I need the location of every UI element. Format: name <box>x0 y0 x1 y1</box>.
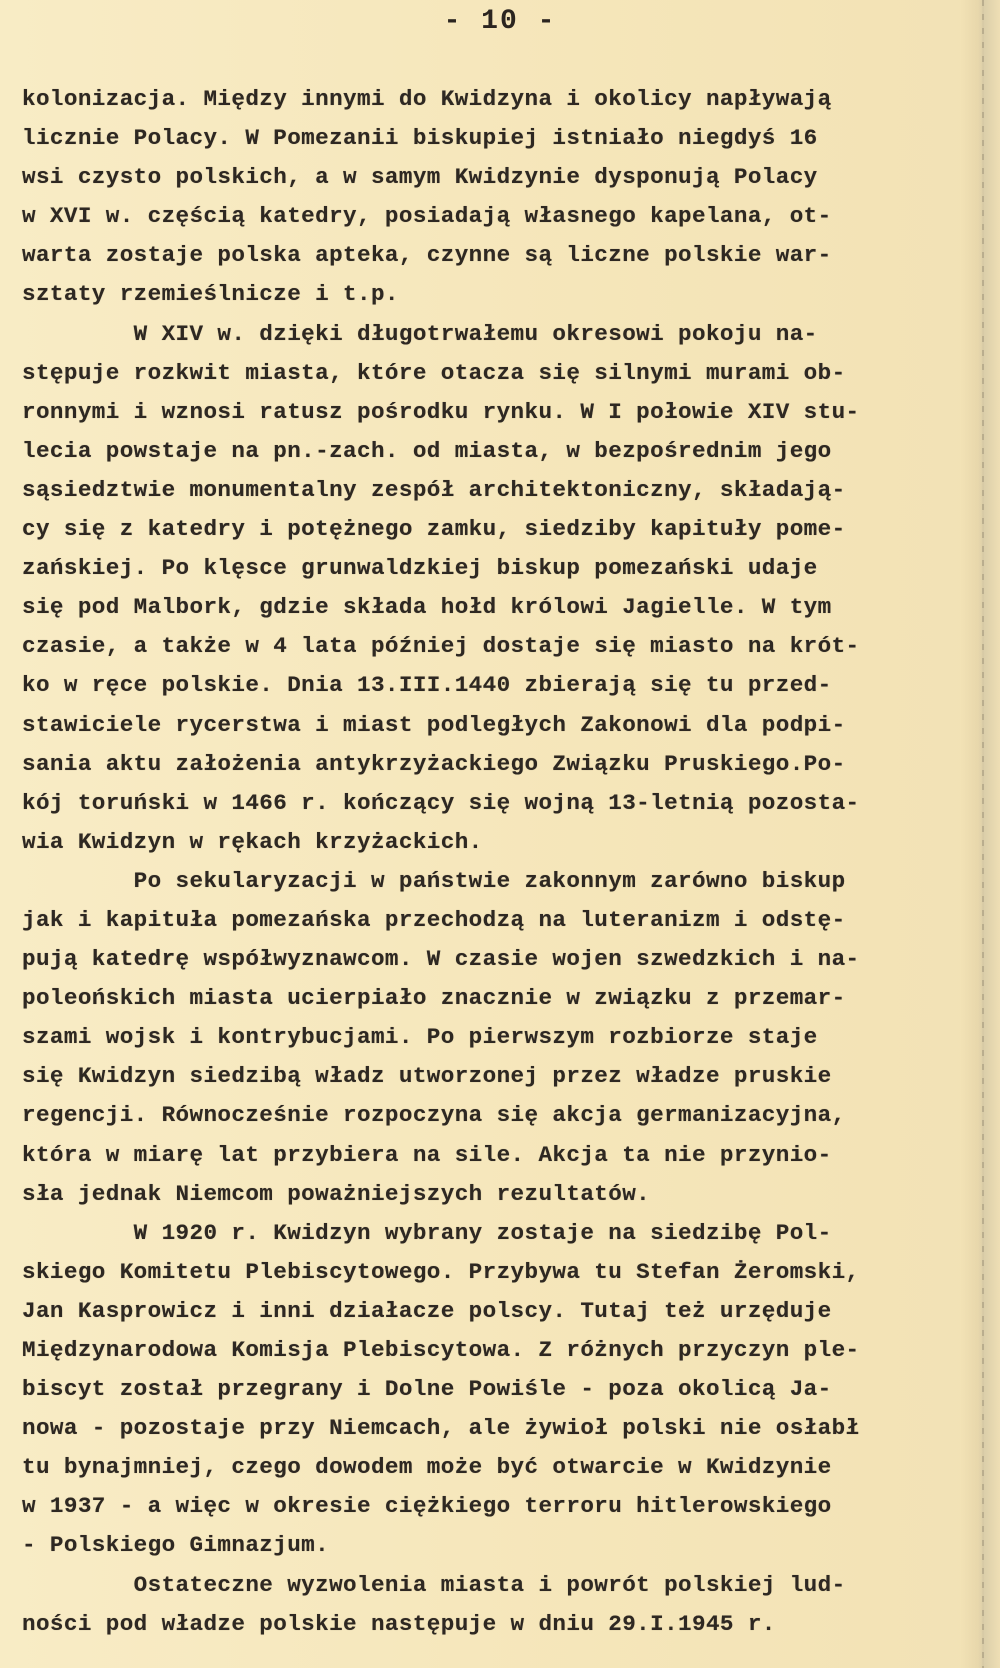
text-line: tu bynajmniej, czego dowodem może być ot… <box>22 1448 982 1487</box>
text-line: wia Kwidzyn w rękach krzyżackich. <box>22 823 982 862</box>
paragraph-start-line: W 1920 r. Kwidzyn wybrany zostaje na sie… <box>22 1214 982 1253</box>
text-line: wsi czysto polskich, a w samym Kwidzynie… <box>22 158 982 197</box>
text-line: w XVI w. częścią katedry, posiadają włas… <box>22 197 982 236</box>
text-line: która w miarę lat przybiera na sile. Akc… <box>22 1136 982 1175</box>
body-text: kolonizacja. Między innymi do Kwidzyna i… <box>22 80 982 1644</box>
text-line: czasie, a także w 4 lata później dostaje… <box>22 627 982 666</box>
text-line: warta zostaje polska apteka, czynne są l… <box>22 236 982 275</box>
text-line: stępuje rozkwit miasta, które otacza się… <box>22 354 982 393</box>
typewritten-page: - 10 - kolonizacja. Między innymi do Kwi… <box>0 0 1000 1668</box>
text-line: lecia powstaje na pn.-zach. od miasta, w… <box>22 432 982 471</box>
text-line: Międzynarodowa Komisja Plebiscytowa. Z r… <box>22 1331 982 1370</box>
text-line: poleońskich miasta ucierpiało znacznie w… <box>22 979 982 1018</box>
text-line: sła jednak Niemcom poważniejszych rezult… <box>22 1175 982 1214</box>
paragraph-start-line: Po sekularyzacji w państwie zakonnym zar… <box>22 862 982 901</box>
text-line: ronnymi i wznosi ratusz pośrodku rynku. … <box>22 393 982 432</box>
text-line: ności pod władze polskie następuje w dni… <box>22 1605 982 1644</box>
text-line: jak i kapituła pomezańska przechodzą na … <box>22 901 982 940</box>
text-line: kolonizacja. Między innymi do Kwidzyna i… <box>22 80 982 119</box>
text-line: sania aktu założenia antykrzyżackiego Zw… <box>22 745 982 784</box>
text-line: skiego Komitetu Plebiscytowego. Przybywa… <box>22 1253 982 1292</box>
text-line: się Kwidzyn siedzibą władz utworzonej pr… <box>22 1057 982 1096</box>
text-line: Jan Kasprowicz i inni działacze polscy. … <box>22 1292 982 1331</box>
text-line: licznie Polacy. W Pomezanii biskupiej is… <box>22 119 982 158</box>
text-line: cy się z katedry i potężnego zamku, sied… <box>22 510 982 549</box>
text-line: się pod Malbork, gdzie składa hołd królo… <box>22 588 982 627</box>
paragraph-start-line: W XIV w. dzięki długotrwałemu okresowi p… <box>22 315 982 354</box>
text-line: kój toruński w 1466 r. kończący się wojn… <box>22 784 982 823</box>
text-line: szami wojsk i kontrybucjami. Po pierwszy… <box>22 1018 982 1057</box>
text-line: sąsiedztwie monumentalny zespół architek… <box>22 471 982 510</box>
text-line: pują katedrę współwyznawcom. W czasie wo… <box>22 940 982 979</box>
text-line: sztaty rzemieślnicze i t.p. <box>22 275 982 314</box>
text-line: - Polskiego Gimnazjum. <box>22 1526 982 1565</box>
page-number: - 10 - <box>0 6 1000 37</box>
text-line: w 1937 - a więc w okresie ciężkiego terr… <box>22 1487 982 1526</box>
binding-edge-mark <box>982 0 984 1668</box>
text-line: stawiciele rycerstwa i miast podległych … <box>22 706 982 745</box>
text-line: zańskiej. Po klęsce grunwaldzkiej biskup… <box>22 549 982 588</box>
paragraph-start-line: Ostateczne wyzwolenia miasta i powrót po… <box>22 1566 982 1605</box>
text-line: biscyt został przegrany i Dolne Powiśle … <box>22 1370 982 1409</box>
text-line: regencji. Równocześnie rozpoczyna się ak… <box>22 1096 982 1135</box>
text-line: nowa - pozostaje przy Niemcach, ale żywi… <box>22 1409 982 1448</box>
text-line: ko w ręce polskie. Dnia 13.III.1440 zbie… <box>22 666 982 705</box>
